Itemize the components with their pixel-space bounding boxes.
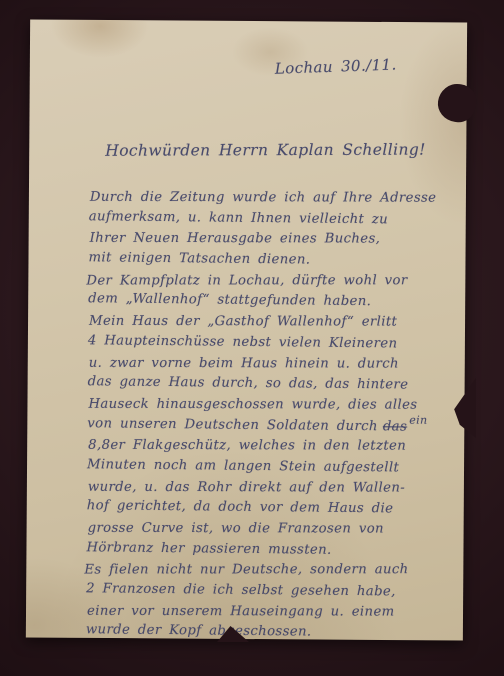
letter-line: 4 Haupteinschüsse nebst vielen Kleineren [88,331,488,356]
letter-line: Minuten noch am langen Stein aufgestellt [87,455,487,480]
letter-line: wurde der Kopf abgeschossen. [86,621,486,646]
letter-photo: Lochau 30./11. Hochwürden Herrn Kaplan S… [0,0,504,676]
letter-body: Durch die Zeitung wurde ich auf Ihre Adr… [86,187,489,645]
strikethrough-word: das [383,419,407,434]
dateline: Lochau 30./11. [275,55,397,77]
letter-line: 8,8er Flakgeschütz, welches in den letzt… [88,436,488,458]
letter-line: Hörbranz her passieren mussten. [86,538,486,563]
letter-line: mit einigen Tatsachen dienen. [88,248,488,273]
letter-line: Der Kampfplatz in Lochau, dürfte wohl vo… [86,271,486,292]
letter-line: grosse Curve ist, wo die Franzosen von [88,519,488,541]
letter-line: Ihrer Neuen Herausgabe eines Buches, [90,229,490,251]
letter-line: Hauseck hinausgeschossen wurde, dies all… [88,395,488,417]
letter-line: hof gerichtet, da doch vor dem Haus die [87,497,487,522]
letter-line: Mein Haus der „Gasthof Wallenhof“ erlitt [89,312,489,334]
letter-line: dem „Wallenhof“ stattgefunden haben. [88,290,488,315]
letter-line-with-correction: von unseren Deutschen Soldaten durchdase… [87,414,487,439]
letter-line: u. zwar vorne beim Haus hinein u. durch [89,353,489,375]
letter-line-text: von unseren Deutschen Soldaten durch [87,416,378,434]
inserted-word: ein [409,413,427,426]
letter-paper: Lochau 30./11. Hochwürden Herrn Kaplan S… [26,19,467,640]
letter-line: das ganze Haus durch, so das, das hinter… [88,372,488,397]
salutation: Hochwürden Herrn Kaplan Schelling! [105,141,426,160]
letter-line: Durch die Zeitung wurde ich auf Ihre Adr… [90,188,490,210]
letter-line: Es fielen nicht nur Deutsche, sondern au… [84,560,484,581]
letter-line: 2 Franzosen die ich selbst gesehen habe, [86,579,486,604]
